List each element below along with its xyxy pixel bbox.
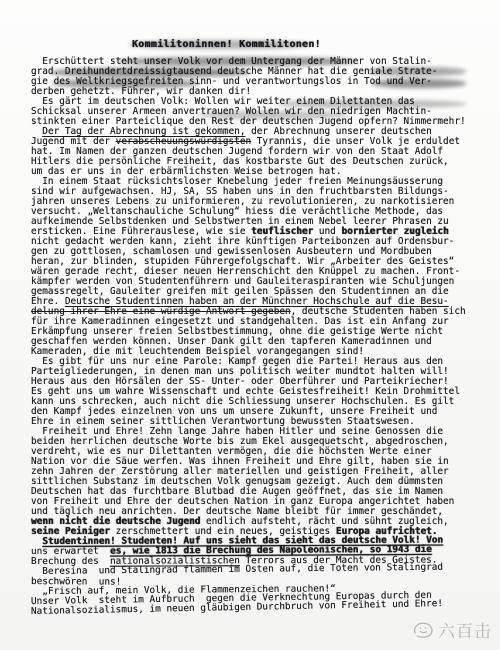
scan-smudge	[278, 100, 466, 108]
watermark-sketch-face-icon	[411, 620, 435, 640]
scan-smudge	[129, 40, 311, 49]
watermark-text: 六百击	[438, 617, 492, 642]
scan-smudge	[198, 111, 348, 119]
leaflet-document: Kommilitoninnen! Kommilitonen! Erschütte…	[0, 0, 500, 650]
watermark: 六百击	[411, 617, 492, 642]
scan-smudge	[52, 79, 200, 88]
scan-smudge	[368, 67, 466, 76]
document-line: Beresina und Stalingrad flammen im Osten…	[31, 562, 472, 577]
scan-smudge	[50, 68, 250, 77]
document-body: Erschüttert steht unser Volk vor dem Unt…	[31, 57, 472, 617]
scan-smudge	[118, 57, 356, 66]
scan-smudge	[372, 79, 466, 88]
